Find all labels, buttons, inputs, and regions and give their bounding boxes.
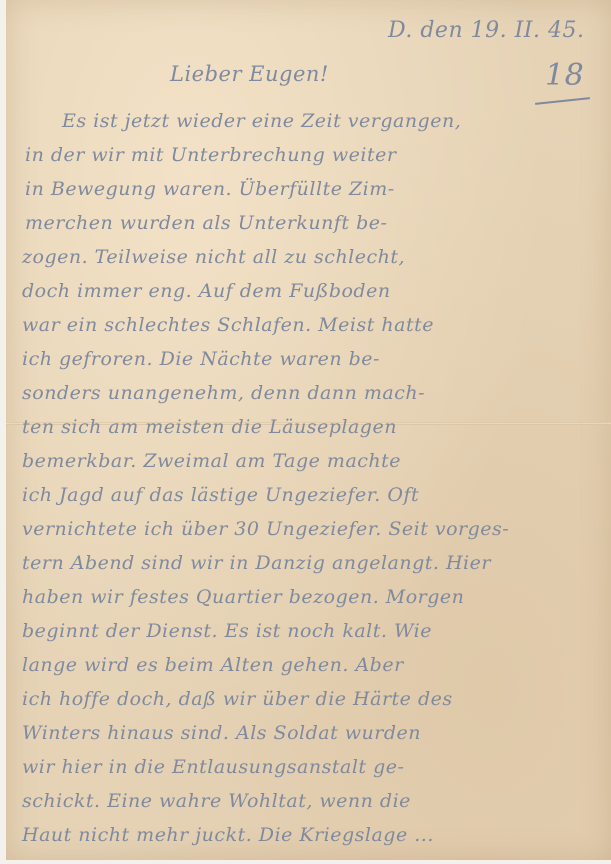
letter-date: D. den 19. II. 45. — [388, 18, 584, 43]
letter-line: ich Jagd auf das lästige Ungeziefer. Oft — [22, 484, 419, 506]
letter-line: haben wir festes Quartier bezogen. Morge… — [22, 586, 464, 608]
letter-line: in der wir mit Unterbrechung weiter — [25, 144, 396, 166]
letter-line: beginnt der Dienst. Es ist noch kalt. Wi… — [22, 620, 432, 642]
letter-line: bemerkbar. Zweimal am Tage machte — [22, 450, 401, 472]
letter-line: doch immer eng. Auf dem Fußboden — [22, 280, 391, 302]
letter-line: in Bewegung waren. Überfüllte Zim- — [25, 178, 395, 200]
letter-line: merchen wurden als Unterkunft be- — [25, 212, 387, 234]
letter-line: war ein schlechtes Schlafen. Meist hatte — [22, 314, 434, 336]
letter-line: Haut nicht mehr juckt. Die Kriegslage ..… — [22, 824, 434, 846]
letter-line: tern Abend sind wir in Danzig angelangt.… — [22, 552, 491, 574]
letter-line: lange wird es beim Alten gehen. Aber — [22, 654, 404, 676]
letter-line: zogen. Teilweise nicht all zu schlecht, — [22, 246, 405, 268]
letter-line: ich hoffe doch, daß wir über die Härte d… — [22, 688, 453, 710]
letter-line: ten sich am meisten die Läuseplagen — [22, 416, 397, 438]
letter-line: Winters hinaus sind. Als Soldat wurden — [22, 722, 421, 744]
salutation: Lieber Eugen! — [170, 62, 329, 86]
letter-line: vernichtete ich über 30 Ungeziefer. Seit… — [22, 518, 509, 540]
letter-line: Es ist jetzt wieder eine Zeit vergangen, — [62, 110, 461, 132]
page-number: 18 — [545, 58, 584, 93]
letter-line: ich gefroren. Die Nächte waren be- — [22, 348, 380, 370]
letter-line: wir hier in die Entlausungsanstalt ge- — [22, 756, 404, 778]
letter-line: schickt. Eine wahre Wohltat, wenn die — [22, 790, 411, 812]
letter-line: sonders unangenehm, denn dann mach- — [22, 382, 425, 404]
